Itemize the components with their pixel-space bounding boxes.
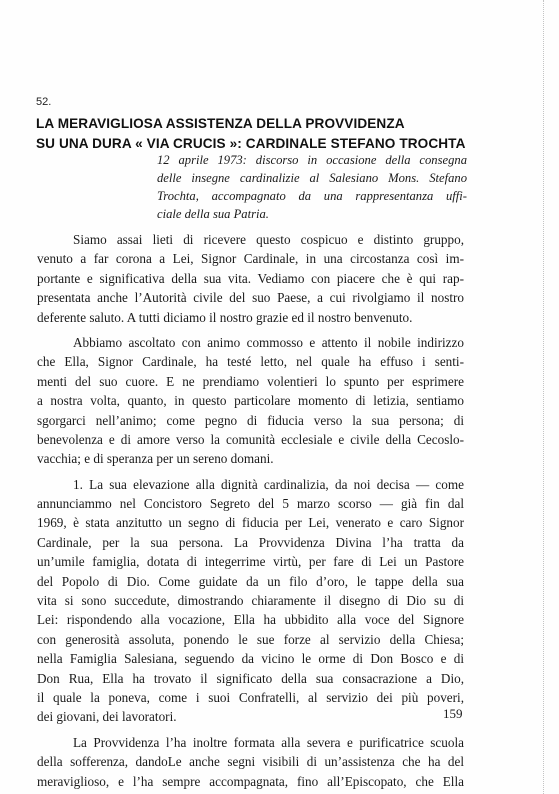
document-number: 52. — [36, 96, 51, 108]
subtitle-line: ciale della sua Patria. — [157, 205, 467, 223]
text-line: annunciammo nel Concistoro Segreto del 5… — [37, 494, 464, 513]
text-line: che Ella, Signor Cardinale, ha testé let… — [37, 352, 464, 371]
scan-margin-divider — [543, 0, 544, 794]
text-line: menti del suo cuore. E ne prendiamo vole… — [37, 372, 464, 391]
text-line: sgorgarci nell’animo; come pegno di fidu… — [37, 411, 464, 430]
text-line: meraviglioso, e l’ha sempre accompagnata… — [37, 772, 464, 791]
document-page: 52. LA MERAVIGLIOSA ASSISTENZA DELLA PRO… — [0, 0, 559, 794]
text-line: con generosità assoluta, ponendo le sue … — [37, 630, 464, 649]
text-line: 1. La sua elevazione alla dignità cardin… — [37, 475, 464, 494]
text-line: Lei: rispondendo alla vocazione, Ella ha… — [37, 610, 464, 629]
paragraph: 1. La sua elevazione alla dignità cardin… — [37, 475, 464, 727]
text-line: La Provvidenza l’ha inoltre formata alla… — [37, 733, 464, 752]
text-line: del Popolo di Dio. Come guidate da un fi… — [37, 572, 464, 591]
text-line: Cardinale, per la sua persona. La Provvi… — [37, 533, 464, 552]
text-line: dei giovani, dei lavoratori. — [37, 707, 464, 726]
document-body: Siamo assai lieti di ricevere questo cos… — [37, 230, 464, 791]
text-line: 1969, è stata anzitutto un segno di fidu… — [37, 513, 464, 532]
text-line: nella Famiglia Salesiana, seguendo da vi… — [37, 649, 464, 668]
page-number: 159 — [443, 706, 463, 722]
paragraph: Siamo assai lieti di ricevere questo cos… — [37, 230, 464, 327]
text-line: benevolenza e di amore verso la comunità… — [37, 430, 464, 449]
document-title: LA MERAVIGLIOSA ASSISTENZA DELLA PROVVID… — [36, 114, 506, 154]
title-line: LA MERAVIGLIOSA ASSISTENZA DELLA PROVVID… — [36, 114, 506, 134]
document-subtitle: 12 aprile 1973: discorso in occasione de… — [157, 151, 467, 223]
text-line: della sofferenza, dandoLe anche segni vi… — [37, 752, 464, 771]
text-line: Don Rua, Ella ha trovato il significato … — [37, 669, 464, 688]
text-line: venuto a far corona a Lei, Signor Cardin… — [37, 249, 464, 268]
text-line: a nostra volta, quanto, in questo partic… — [37, 391, 464, 410]
text-line: vacchia; e di speranza per un sereno dom… — [37, 449, 464, 468]
subtitle-line: 12 aprile 1973: discorso in occasione de… — [157, 151, 467, 169]
text-line: presentata anche l’Autorità civile del s… — [37, 288, 464, 307]
text-line: deferente saluto. A tutti diciamo il nos… — [37, 308, 464, 327]
paragraph: Abbiamo ascoltato con animo commosso e a… — [37, 333, 464, 469]
text-line: il quale la poneva, come i suoi Confrate… — [37, 688, 464, 707]
subtitle-line: Trochta, accompagnato da una rappresenta… — [157, 187, 467, 205]
paragraph: La Provvidenza l’ha inoltre formata alla… — [37, 733, 464, 791]
subtitle-line: delle insegne cardinalizie al Salesiano … — [157, 169, 467, 187]
text-line: vita si sono succedute, dimostrando chia… — [37, 591, 464, 610]
text-line: Siamo assai lieti di ricevere questo cos… — [37, 230, 464, 249]
text-line: Abbiamo ascoltato con animo commosso e a… — [37, 333, 464, 352]
text-line: portante e significativa della sua vita.… — [37, 269, 464, 288]
text-line: un’umile famiglia, dotata di integerrime… — [37, 552, 464, 571]
